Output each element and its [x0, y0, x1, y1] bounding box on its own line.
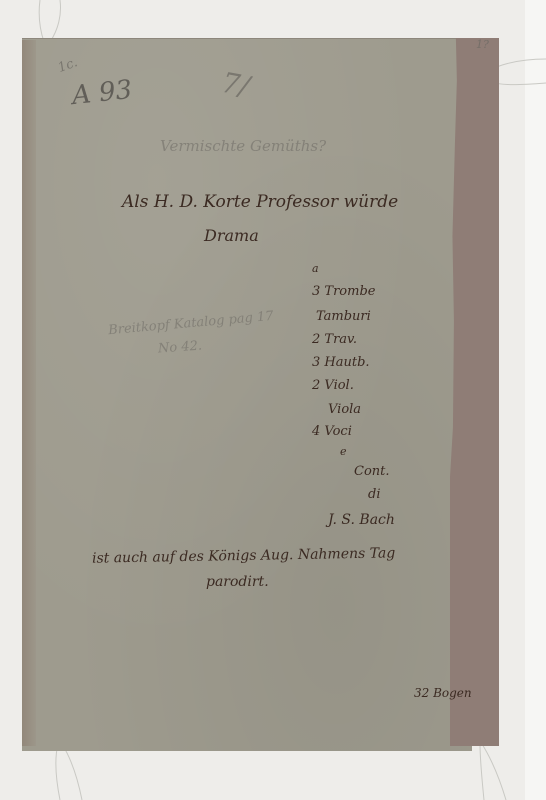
scoring-item: 2 Trav.	[312, 332, 357, 347]
scoring-item: Viola	[328, 402, 361, 417]
scoring-item: di	[368, 487, 380, 502]
title-line1: Als H. D. Korte Professor würde	[122, 192, 398, 212]
scoring-item: a	[312, 262, 319, 275]
page-count: 32 Bogen	[414, 686, 472, 700]
pencil-subtitle: Vermischte Gemüths?	[160, 137, 326, 155]
scoring-item: 3 Trombe	[312, 284, 375, 299]
spine-strip	[450, 38, 499, 746]
scoring-item: Tamburi	[316, 309, 371, 324]
cover-left-edge	[22, 40, 36, 746]
scoring-item: 4 Voci	[312, 424, 352, 439]
scoring-item: 2 Viol.	[312, 378, 354, 393]
scoring-item: e	[340, 445, 347, 458]
spine-mark: 1?	[476, 38, 489, 51]
composer-name: J. S. Bach	[328, 512, 395, 528]
binding-thread-bottom-right	[478, 740, 518, 800]
footer-note-line2: parodirt.	[206, 574, 269, 590]
scoring-item: 3 Hautb.	[312, 355, 370, 370]
scoring-item: Cont.	[354, 464, 390, 479]
pencil-mark-top: 7/	[219, 66, 252, 103]
shelf-number: A 93	[71, 75, 134, 111]
catalog-note-line2: No 42.	[158, 338, 203, 356]
title-line2: Drama	[204, 226, 259, 245]
scan-margin	[525, 0, 546, 800]
